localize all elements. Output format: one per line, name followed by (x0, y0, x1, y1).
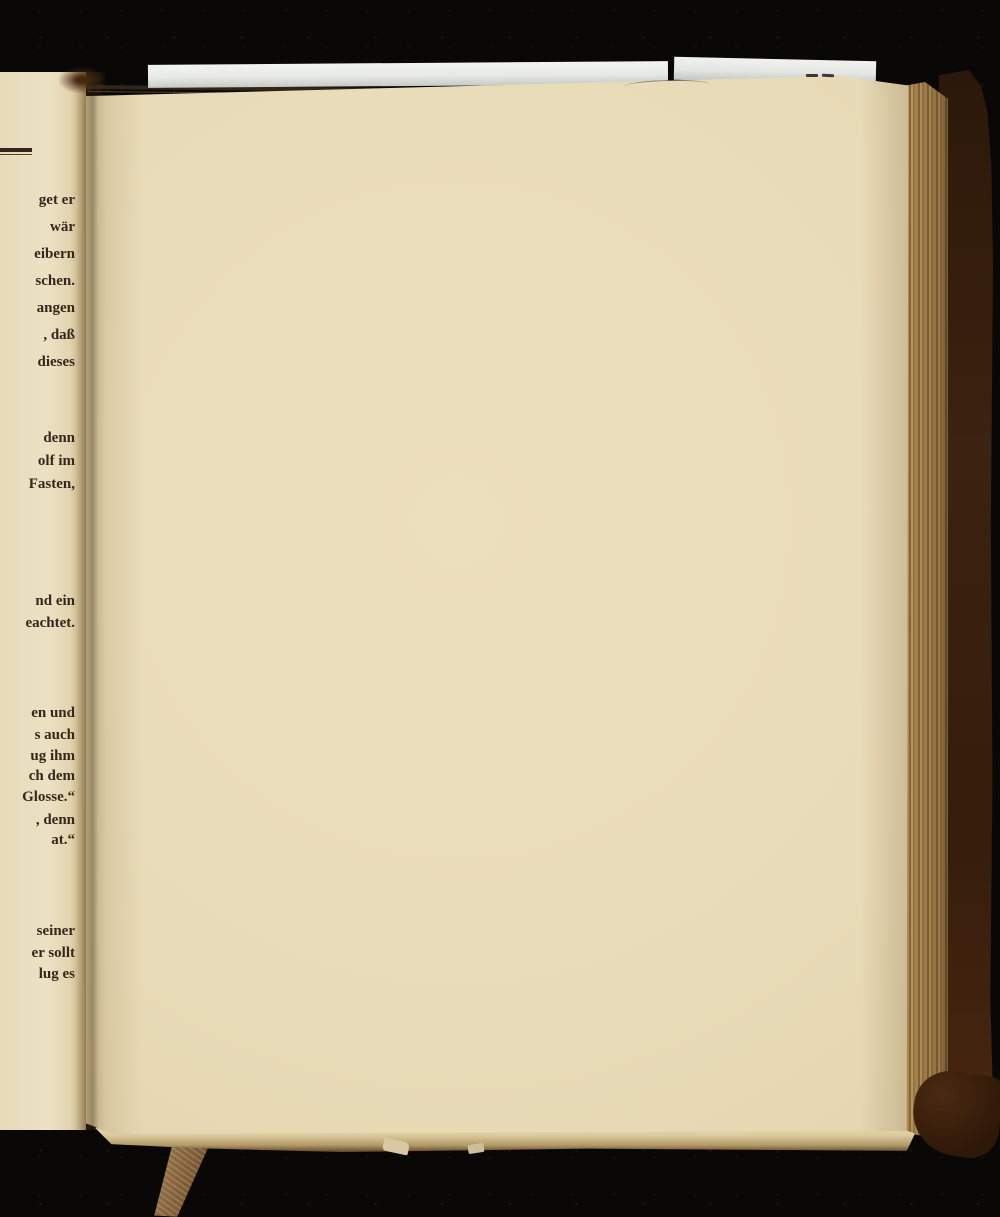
left-page-text-fragment: olf im (38, 451, 75, 471)
left-page-text-fragment: seiner (37, 921, 75, 941)
left-page-text-fragment: ch dem (29, 766, 75, 786)
left-page-text-fragment: wär (50, 217, 75, 237)
left-page-text-fragment: nd ein (35, 591, 75, 611)
left-page-text-fragment: ug ihm (30, 746, 75, 766)
paper-tear-fragment (467, 1143, 484, 1154)
left-page-text-fragment: schen. (35, 271, 75, 291)
book-photo-stage: get er wär eibern schen. angen , daß die… (0, 0, 1000, 1217)
left-page-text-fragment: , daß (43, 325, 75, 345)
left-page-text-fragment: lug es (39, 964, 75, 984)
left-page-text-fragment: at.“ (51, 830, 75, 850)
left-page-header-rule (0, 148, 32, 152)
left-page-text-fragment: Fasten, (29, 474, 75, 494)
left-page-text-fragment: get er (39, 190, 75, 210)
left-page-text-fragment: er sollt (32, 943, 75, 963)
left-page-text-fragment: eachtet. (25, 613, 75, 633)
left-page-text-fragment: , denn (36, 810, 75, 830)
left-page-text-fragment: eibern (34, 244, 75, 264)
left-page-sliver: get er wär eibern schen. angen , daß die… (0, 72, 86, 1130)
bookmark-ribbon (154, 1146, 208, 1217)
pencil-dashes (806, 73, 836, 79)
left-page-text-fragment: denn (43, 428, 75, 448)
right-page (86, 76, 910, 1134)
left-page-text-fragment: Glosse.“ (22, 787, 75, 807)
page-stack-fore-edge (902, 82, 948, 1136)
left-page-text-fragment: en und (31, 703, 75, 723)
gutter-stain (58, 66, 106, 94)
left-page-text-fragment: angen (37, 298, 75, 318)
left-page-text-fragment: dieses (38, 352, 76, 372)
left-page-text-fragment: s auch (35, 725, 75, 745)
